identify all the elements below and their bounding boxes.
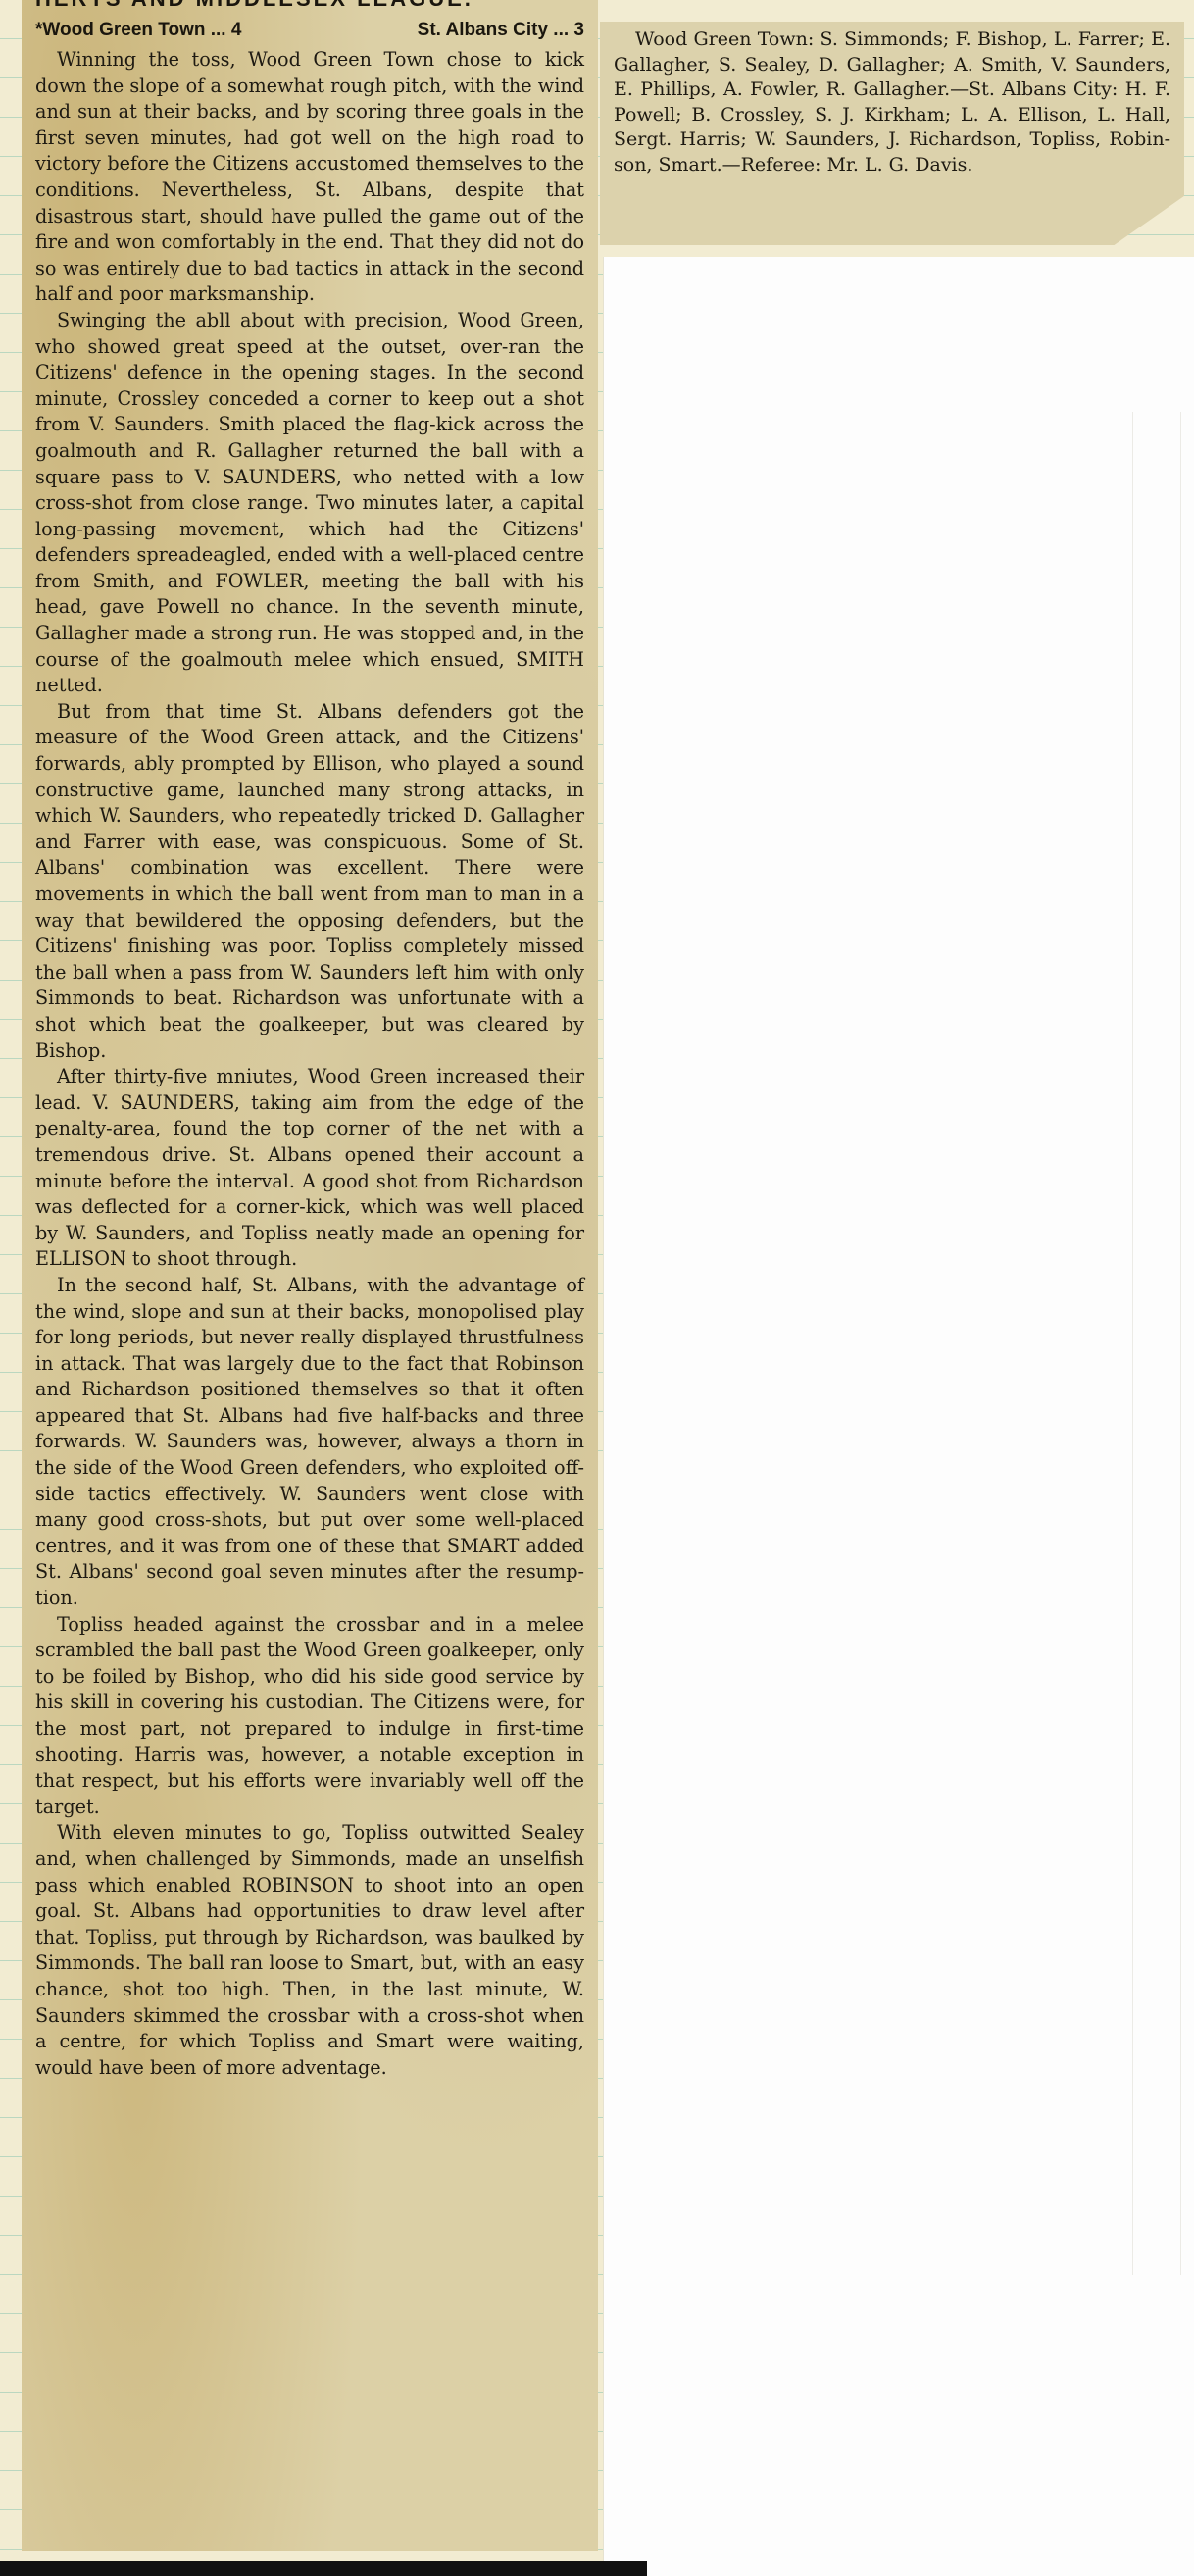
league-title: HERTS AND MIDDLESEX LEAGUE. <box>35 0 584 10</box>
scan-edge <box>0 2561 647 2576</box>
paragraph: But from that time St. Albans defenders … <box>35 699 584 1064</box>
paragraph: With eleven minutes to go, Topliss out­w… <box>35 1820 584 2081</box>
paragraph: In the second half, St. Albans, with the… <box>35 1273 584 1612</box>
team-lineups: Wood Green Town: S. Simmonds; F. Bishop,… <box>614 27 1170 177</box>
paragraph: Swinging the abll about with precision, … <box>35 308 584 699</box>
match-report-clipping: HERTS AND MIDDLESEX LEAGUE. *Wood Green … <box>22 0 598 2551</box>
paragraph: After thirty-five mniutes, Wood Green in… <box>35 1064 584 1273</box>
article-body: Winning the toss, Wood Green Town chose … <box>35 47 584 2081</box>
away-team-score: St. Albans City ... 3 <box>418 20 584 41</box>
paragraph: Winning the toss, Wood Green Town chose … <box>35 47 584 308</box>
team-lineups-clipping: Wood Green Town: S. Simmonds; F. Bishop,… <box>600 22 1184 245</box>
match-result: *Wood Green Town ... 4 St. Albans City .… <box>35 20 584 41</box>
faded-show-through-column <box>1132 412 1181 2275</box>
paragraph: Topliss headed against the crossbar and … <box>35 1612 584 1821</box>
home-team-score: *Wood Green Town ... 4 <box>35 20 241 41</box>
blank-sheet <box>604 257 1194 2576</box>
